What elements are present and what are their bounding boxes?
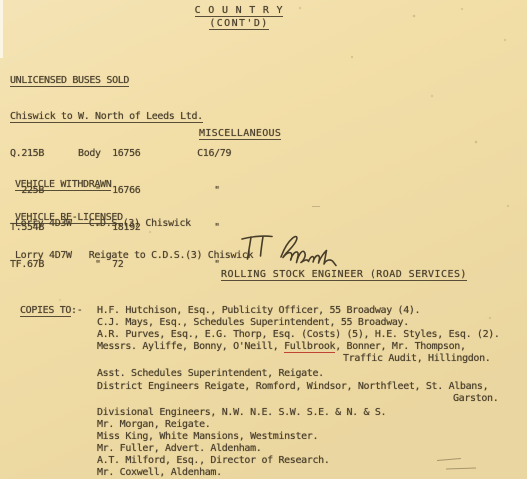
copies-line: A.R. Purves, Esq., E.G. Thorp, Esq. (Cos…	[97, 329, 500, 341]
copies-list: H.F. Hutchison, Esq., Publicity Officer,…	[97, 305, 500, 479]
copies-to-label: COPIES TO:-	[20, 305, 97, 316]
copies-line: Asst. Schedules Superintendent, Reigate.	[97, 368, 500, 380]
copies-line: Mr. Coxwell, Aldenham.	[97, 467, 500, 479]
section-vehicle-relicensed: VEHICLE RE-LICENSED Lorry 4D7W Reigate t…	[15, 187, 253, 287]
section-copies-to: COPIES TO:- H.F. Hutchison, Esq., Public…	[20, 305, 500, 479]
copies-line: District Engineers Reigate, Romford, Win…	[97, 381, 500, 393]
copies-line: Divisional Engineers, N.W. N.E. S.W. S.E…	[97, 407, 500, 419]
vehicle-relicensed-entry: Lorry 4D7W Reigate to C.D.S.(3) Chiswick	[15, 250, 253, 263]
chiswick-subheading: Chiswick to W. North of Leeds Ltd.	[10, 111, 231, 123]
copies-line: Mr. Fuller, Advert. Aldenham.	[97, 443, 500, 455]
fullbrook-underline-mark: Fullbrook	[284, 341, 335, 353]
copies-line: Miss King, White Mansions, Westminster.	[97, 431, 500, 443]
copies-line: Traffic Audit, Hillingdon.	[97, 353, 500, 365]
doc-title: C O U N T R Y	[193, 4, 285, 17]
doc-title-block: C O U N T R Y (CONT'D)	[193, 4, 285, 30]
copies-line: C.J. Mays, Esq., Schedules Superintenden…	[97, 317, 500, 329]
copies-line: Messrs. Ayliffe, Bonny, O'Neill, Fullbro…	[97, 341, 500, 353]
copies-line: Mr. Morgan, Reigate.	[97, 419, 500, 431]
copies-line: Garston.	[97, 393, 500, 405]
copies-to-separator: :-	[71, 305, 82, 316]
pencil-mark	[312, 206, 320, 207]
document-page: C O U N T R Y (CONT'D) UNLICENSED BUSES …	[0, 0, 527, 479]
copies-line: H.F. Hutchison, Esq., Publicity Officer,…	[97, 305, 500, 317]
vehicle-relicensed-heading: VEHICLE RE-LICENSED	[15, 212, 253, 225]
paper-edge-highlight	[0, 0, 3, 58]
signature-handwriting	[236, 226, 348, 271]
miscellaneous-heading: MISCELLANEOUS	[199, 128, 281, 139]
unlicensed-buses-sold-heading: UNLICENSED BUSES SOLD	[10, 75, 231, 87]
doc-title-contd: (CONT'D)	[193, 17, 285, 30]
signature-role-line: ROLLING STOCK ENGINEER (ROAD SERVICES)	[221, 269, 467, 280]
